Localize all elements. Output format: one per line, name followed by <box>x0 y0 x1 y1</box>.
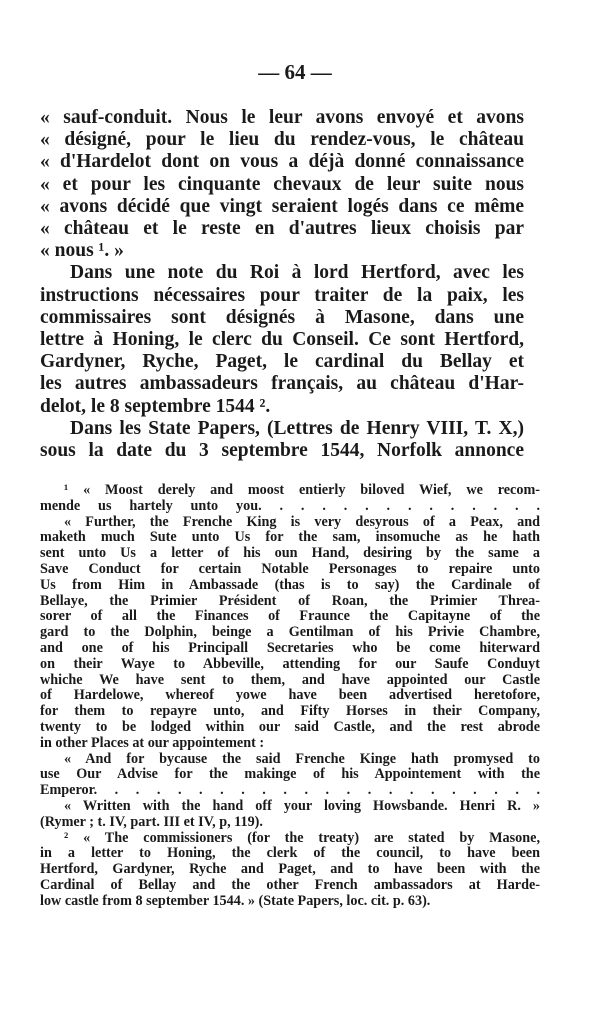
text-line: lettre à Honing, le clerc du Conseil. Ce… <box>40 329 524 351</box>
text-line: les autres ambassadeurs français, au châ… <box>40 373 524 395</box>
footnote-line: sent unto Us a letter of his oun Hand, d… <box>40 546 540 562</box>
text-line: Gardyner, Ryche, Paget, le cardinal du B… <box>40 351 524 373</box>
text-line: « désigné, pour le lieu du rendez-vous, … <box>40 129 524 151</box>
footnote-1-start: ¹ « Moost derely and moost entierly bilo… <box>40 483 540 499</box>
footnote-line: Cardinal of Bellay and the other French … <box>40 878 540 894</box>
text-line: instructions nécessaires pour traiter de… <box>40 285 524 307</box>
footnote-line: gard to the Dolphin, beinge a Gentilman … <box>40 625 540 641</box>
text-line: « avons décidé que vingt seraient logés … <box>40 196 524 218</box>
footnote-line: « And for bycause the said Frenche Kinge… <box>40 752 540 768</box>
text-line: sous la date du 3 septembre 1544, Norfol… <box>40 440 524 462</box>
page-number: — 64 — <box>0 60 590 85</box>
footnote-line: sorer of all the Finances of Fraunce the… <box>40 609 540 625</box>
text-line: « et pour les cinquante chevaux de leur … <box>40 174 524 196</box>
footnote-line: twenty to be lodged within our said Cast… <box>40 720 540 736</box>
text-line: delot, le 8 septembre 1544 ². <box>40 396 524 418</box>
footnote-line: Save Conduct for certain Notable Persona… <box>40 562 540 578</box>
footnote-line: Hertford, Gardyner, Ryche and Paget, and… <box>40 862 540 878</box>
text-line: « sauf-conduit. Nous le leur avons envoy… <box>40 107 524 129</box>
footnote-line: on their Waye to Abbeville, attending fo… <box>40 657 540 673</box>
text-line: commissaires sont désignés à Masone, dan… <box>40 307 524 329</box>
footnote-2-start: ² « The commissioners (for the treaty) a… <box>40 831 540 847</box>
footnote-line: mende us hartely unto you. . . . . . . .… <box>40 499 540 515</box>
text-line: « nous ¹. » <box>40 240 524 262</box>
footnote-line: for them to repayre unto, and Fifty Hors… <box>40 704 540 720</box>
book-page: — 64 — « sauf-conduit. Nous le leur avon… <box>0 0 590 1024</box>
footnote-line: « Written with the hand off your loving … <box>40 799 540 815</box>
text-line: « d'Hardelot dont on vous a déjà donné c… <box>40 151 524 173</box>
main-text: « sauf-conduit. Nous le leur avons envoy… <box>40 107 524 462</box>
footnote-line: and one of his Principall Secretaries wh… <box>40 641 540 657</box>
footnote-line: in other Places at our appointement : <box>40 736 540 752</box>
footnotes: ¹ « Moost derely and moost entierly bilo… <box>40 483 540 910</box>
footnote-line: Emperor. . . . . . . . . . . . . . . . .… <box>40 783 540 799</box>
footnote-line: Bellaye, the Primier Président of Roan, … <box>40 594 540 610</box>
paragraph-start: Dans les State Papers, (Lettres de Henry… <box>40 418 524 440</box>
footnote-line: in a letter to Honing, the clerk of the … <box>40 846 540 862</box>
text-line: « château et le reste en d'autres lieux … <box>40 218 524 240</box>
footnote-line: « Further, the Frenche King is very desy… <box>40 515 540 531</box>
footnote-line: of Hardelowe, whereof yowe have been adv… <box>40 688 540 704</box>
paragraph-start: Dans une note du Roi à lord Hertford, av… <box>40 262 524 284</box>
footnote-line: (Rymer ; t. IV, part. III et IV, p, 119)… <box>40 815 540 831</box>
footnote-line: use Our Advise for the makinge of his Ap… <box>40 767 540 783</box>
footnote-line: whiche We have sent to them, and have ap… <box>40 673 540 689</box>
footnote-line: Us from Him in Ambassade (thas is to say… <box>40 578 540 594</box>
footnote-line: maketh much Sute unto Us for the sam, in… <box>40 530 540 546</box>
footnote-line: low castle from 8 september 1544. » (Sta… <box>40 894 540 910</box>
